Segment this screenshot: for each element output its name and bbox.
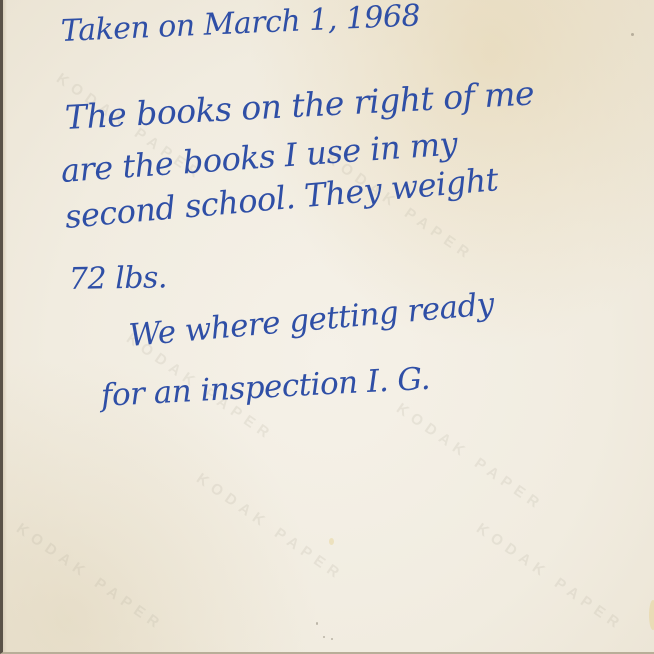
- handwritten-line: We where getting ready: [127, 286, 495, 354]
- watermark: KODAK PAPER: [473, 520, 627, 635]
- handwritten-date-line: Taken on March 1, 1968: [60, 0, 421, 49]
- paper-stain: [329, 538, 334, 545]
- handwritten-line: for an inspection I. G.: [100, 361, 431, 414]
- paper-speck: [631, 33, 634, 36]
- paper-speck: [331, 638, 333, 640]
- watermark: KODAK PAPER: [13, 520, 167, 635]
- paper-speck: [316, 622, 318, 625]
- handwritten-line: The books on the right of me: [64, 73, 535, 137]
- watermark: KODAK PAPER: [193, 470, 347, 585]
- paper-speck: [323, 636, 325, 638]
- photo-back: KODAK PAPER KODAK PAPER KODAK PAPER KODA…: [0, 0, 654, 654]
- paper-stain: [649, 600, 654, 630]
- paper-edge: [3, 0, 7, 652]
- watermark: KODAK PAPER: [393, 400, 547, 515]
- handwritten-line: 72 lbs.: [69, 260, 168, 297]
